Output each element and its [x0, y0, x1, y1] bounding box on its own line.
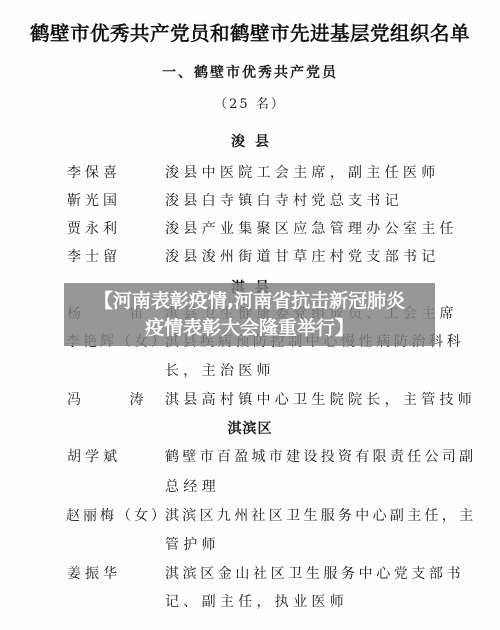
- member-title-continuation: 记、副主任，执业医师: [165, 591, 348, 611]
- member-row: 冯 涛 淇县高村镇中心卫生院院长，主管技师: [0, 389, 500, 413]
- county-heading-xunxian: 浚县: [0, 131, 500, 151]
- banner-line-2: 疫情表彰大会隆重举行】: [145, 315, 354, 342]
- member-title: 浚县浚州街道甘草庄村党支部书记: [165, 246, 440, 266]
- member-name: 靳光国: [67, 190, 121, 210]
- member-row-continuation: 长，主治医师: [0, 360, 500, 384]
- member-title: 浚县产业集聚区应急管理办公室主任: [165, 218, 458, 238]
- member-name: 冯 涛: [67, 389, 165, 409]
- member-row-continuation: 记、副主任，执业医师: [0, 591, 500, 615]
- member-title: 浚县白寺镇白寺村党总支书记: [165, 190, 403, 210]
- member-row: 李保喜 浚县中医院工会主席，副主任医师: [0, 162, 500, 186]
- member-row-continuation: 总经理: [0, 476, 500, 500]
- member-row: 胡学斌 鹤壁市百盈城市建设投资有限责任公司副: [0, 446, 500, 470]
- member-row: 姜振华 淇滨区金山社区卫生服务中心党支部书: [0, 563, 500, 587]
- member-row: 贾永利 浚县产业集聚区应急管理办公室主任: [0, 218, 500, 242]
- member-title: 淇滨区九州社区卫生服务中心副主任，主: [165, 505, 476, 525]
- document-title: 鹤壁市优秀共产党员和鹤壁市先进基层党组织名单: [0, 18, 500, 46]
- member-title: 淇滨区金山社区卫生服务中心党支部书: [165, 563, 464, 583]
- banner-line-1: 【河南表彰疫情,河南省抗击新冠肺炎: [94, 288, 405, 315]
- member-title: 浚县中医院工会主席，副主任医师: [165, 162, 440, 182]
- member-count: （25 名）: [0, 93, 500, 112]
- member-name: 姜振华: [67, 563, 121, 583]
- member-row: 李士留 浚县浚州街道甘草庄村党支部书记: [0, 246, 500, 270]
- member-title-continuation: 管护师: [165, 534, 220, 554]
- member-row: 赵丽梅（女） 淇滨区九州社区卫生服务中心副主任，主: [0, 505, 500, 529]
- section-title: 一、鹤壁市优秀共产党员: [0, 62, 500, 82]
- member-name: 李士留: [67, 246, 121, 266]
- member-title-continuation: 长，主治医师: [165, 360, 275, 380]
- member-name: 贾永利: [67, 218, 121, 238]
- member-name: 赵丽梅（女）: [66, 505, 168, 525]
- member-row-continuation: 管护师: [0, 534, 500, 558]
- member-title-continuation: 总经理: [165, 476, 220, 496]
- document-page: 鹤壁市优秀共产党员和鹤壁市先进基层党组织名单 一、鹤壁市优秀共产党员 （25 名…: [0, 0, 500, 630]
- member-title: 鹤壁市百盈城市建设投资有限责任公司副: [165, 446, 476, 466]
- member-name: 胡学斌: [67, 446, 121, 466]
- member-title: 淇县高村镇中心卫生院院长，主管技师: [165, 389, 476, 409]
- headline-overlay-banner: 【河南表彰疫情,河南省抗击新冠肺炎 疫情表彰大会隆重举行】: [64, 283, 435, 346]
- member-name: 李保喜: [67, 162, 121, 182]
- member-row: 靳光国 浚县白寺镇白寺村党总支书记: [0, 190, 500, 214]
- county-heading-qibin: 淇滨区: [0, 418, 500, 438]
